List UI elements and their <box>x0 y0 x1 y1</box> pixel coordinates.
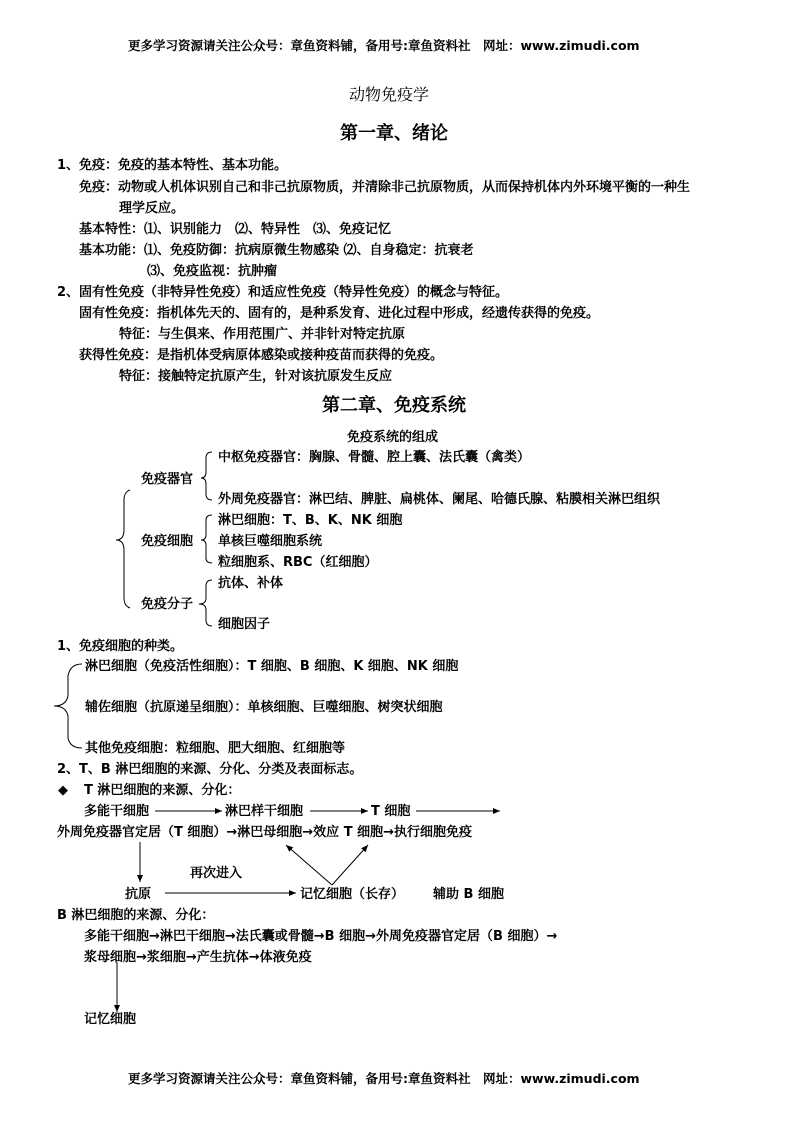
brace-icon <box>116 490 130 608</box>
brace-icon <box>54 664 82 748</box>
brace-icon <box>201 452 212 500</box>
diagram-lines <box>0 0 793 1122</box>
brace-icon <box>199 580 212 626</box>
brace-icon <box>201 515 212 563</box>
